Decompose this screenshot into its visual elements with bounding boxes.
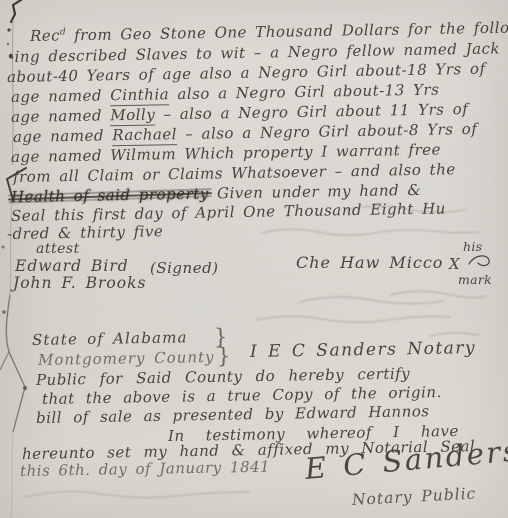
bill-line-11: -dred & thirty five [7, 222, 164, 243]
struck-through-phrase: Health of said property [11, 185, 209, 206]
document-scan: Recd from Geo Stone One Thousand Dollars… [0, 0, 508, 518]
underlined-name-molly: Molly [110, 105, 155, 126]
notary-signature-title: Notary Public [352, 485, 477, 509]
line-4-pre: age named [11, 86, 111, 106]
line-4-post: also a Negro Girl about-13 Yrs [169, 81, 440, 104]
witness-signature-1: Edward Bird [15, 257, 129, 275]
line-9-rest: Given under my hand & [209, 181, 422, 203]
underlined-name-rachael: Rachael [112, 125, 177, 146]
attest-label: attest [36, 241, 80, 257]
witness-signature-2: John F. Brooks [13, 274, 146, 292]
his-label: his [463, 239, 482, 254]
notary-intro: I E C Sanders Notary [250, 338, 476, 362]
notary-state: State of Alabama [32, 328, 188, 349]
mark-flourish [466, 252, 494, 270]
notary-line-7: this 6th. day of January 1841 [20, 458, 270, 480]
signed-label: (Signed) [150, 259, 219, 277]
mark-label: mark [458, 272, 492, 287]
line-6-pre: age named [13, 126, 113, 146]
x-mark: X [449, 255, 460, 273]
underlined-name-cinthia: Cinthia [110, 85, 169, 106]
bill-line-1-text: Rec [30, 26, 60, 45]
brace-bottom: } [217, 344, 230, 368]
line-5-pre: age named [11, 106, 111, 126]
signer-name: Che Haw Micco [296, 253, 443, 272]
notary-county: Montgomery County [38, 348, 215, 369]
